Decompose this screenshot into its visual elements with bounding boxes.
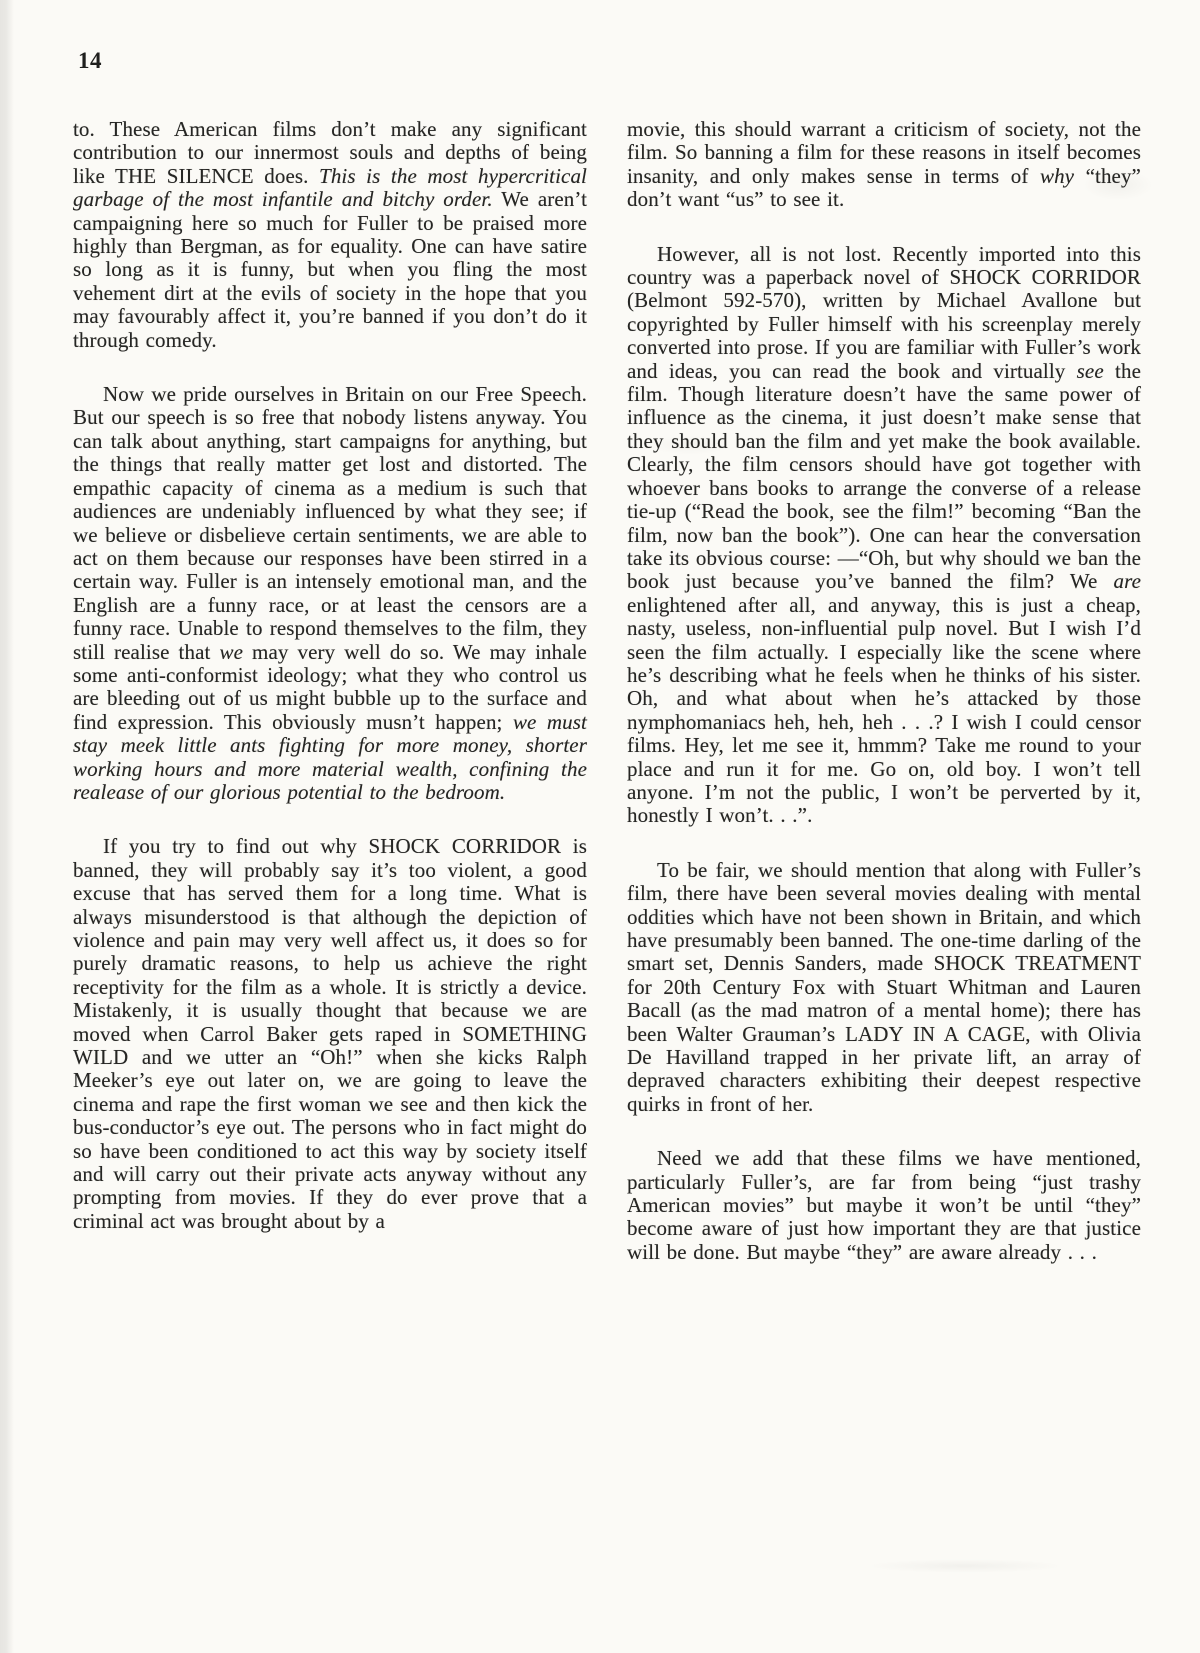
paragraph: Need we add that these films we have men… <box>627 1147 1141 1264</box>
text-segment: We aren’t campaigning here so much for F… <box>73 187 587 351</box>
column-left: to. These American films don’t make any … <box>73 118 587 1233</box>
text-segment: the film. Though literature doesn’t have… <box>627 359 1141 594</box>
text-segment-italic: why <box>1040 164 1074 188</box>
paragraph: However, all is not lost. Recently impor… <box>627 243 1141 828</box>
text-segment-italic: are <box>1113 569 1141 593</box>
paragraph: If you try to find out why SHOCK CORRIDO… <box>73 835 587 1233</box>
text-segment: Need we add that these films we have men… <box>627 1146 1141 1264</box>
page-number: 14 <box>78 48 102 74</box>
paragraph: Now we pride ourselves in Britain on our… <box>73 383 587 804</box>
column-right: movie, this should warrant a criticism o… <box>627 118 1141 1264</box>
magazine-page: 14 to. These American films don’t make a… <box>0 0 1200 1653</box>
text-segment: If you try to find out why SHOCK CORRIDO… <box>73 834 587 1233</box>
text-segment: Now we pride ourselves in Britain on our… <box>73 382 587 663</box>
paragraph: movie, this should warrant a criticism o… <box>627 118 1141 212</box>
text-segment-italic: see <box>1077 359 1104 383</box>
text-segment: enlightened after all, and anyway, this … <box>627 593 1141 828</box>
text-segment: To be fair, we should mention that along… <box>627 858 1141 1116</box>
text-segment: However, all is not lost. Recently impor… <box>627 242 1141 383</box>
text-columns: to. These American films don’t make any … <box>73 118 1141 1264</box>
paragraph: to. These American films don’t make any … <box>73 118 587 352</box>
text-segment-italic: we <box>219 640 243 664</box>
paragraph: To be fair, we should mention that along… <box>627 859 1141 1116</box>
